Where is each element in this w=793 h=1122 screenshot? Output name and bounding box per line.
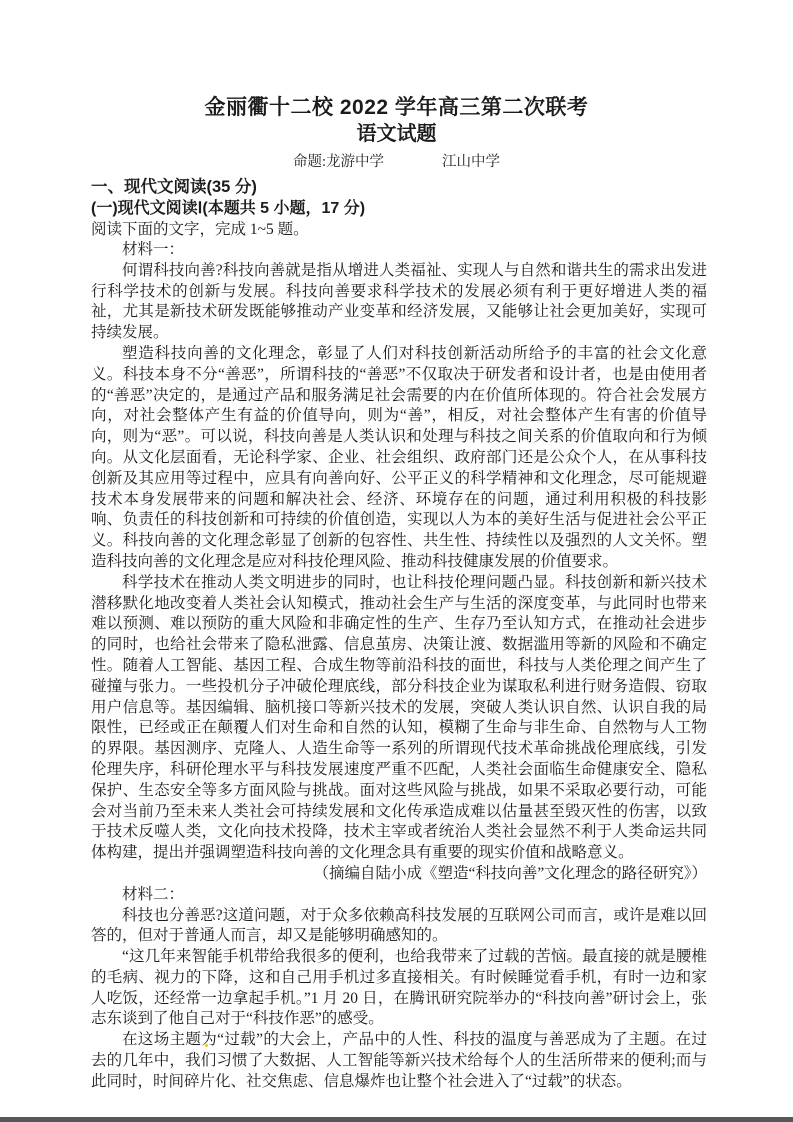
material-1-label: 材料一： xyxy=(91,240,707,261)
section-heading: 一、现代文阅读(35 分) xyxy=(91,176,707,198)
material-1-paragraph: 何谓科技向善?科技向善就是指从增进人类福祉、实现人与自然和谐共生的需求出发进行科… xyxy=(91,261,707,344)
page-bottom-edge xyxy=(0,1117,793,1122)
exam-body: 一、现代文阅读(35 分) (一)现代文阅读Ⅰ(本题共 5 小题，17 分) 阅… xyxy=(91,176,707,1093)
exam-title: 金丽衢十二校 2022 学年高三第二次联考 xyxy=(0,95,793,120)
material-1-attribution: （摘编自陆小成《塑造“科技向善”文化理念的路径研究》） xyxy=(91,864,707,885)
setter-line: 命题:龙游中学江山中学 xyxy=(0,153,793,171)
material-2-paragraph: 科技也分善恶?这道问题，对于众多依赖高科技发展的互联网公司而言，或许是难以回答的… xyxy=(91,906,707,948)
material-2-paragraph: 在这场主题为“过载”的大会上，产品中的人性、科技的温度与善恶成为了主题。在过去的… xyxy=(91,1030,707,1092)
setter-school-right: 江山中学 xyxy=(442,154,500,170)
material-1-paragraph: 塑造科技向善的文化理念，彰显了人们对科技创新活动所给予的丰富的社会文化意义。科技… xyxy=(91,344,707,573)
material-1-paragraph: 科学技术在推动人类文明进步的同时，也让科技伦理问题凸显。科技创新和新兴技术潜移默… xyxy=(91,573,707,864)
subsection-heading: (一)现代文阅读Ⅰ(本题共 5 小题，17 分) xyxy=(91,198,707,219)
scan-speck xyxy=(205,1044,208,1047)
doc-header: 金丽衢十二校 2022 学年高三第二次联考 语文试题 命题:龙游中学江山中学 xyxy=(0,0,793,171)
reading-instruction: 阅读下面的文字，完成 1~5 题。 xyxy=(91,219,707,240)
subject-title: 语文试题 xyxy=(0,122,793,146)
material-2-label: 材料二： xyxy=(91,885,707,906)
setter-school-left: 命题:龙游中学 xyxy=(293,154,384,170)
material-2-paragraph: “这几年来智能手机带给我很多的便利，也给我带来了过载的苦恼。最直接的就是腰椎的毛… xyxy=(91,947,707,1030)
